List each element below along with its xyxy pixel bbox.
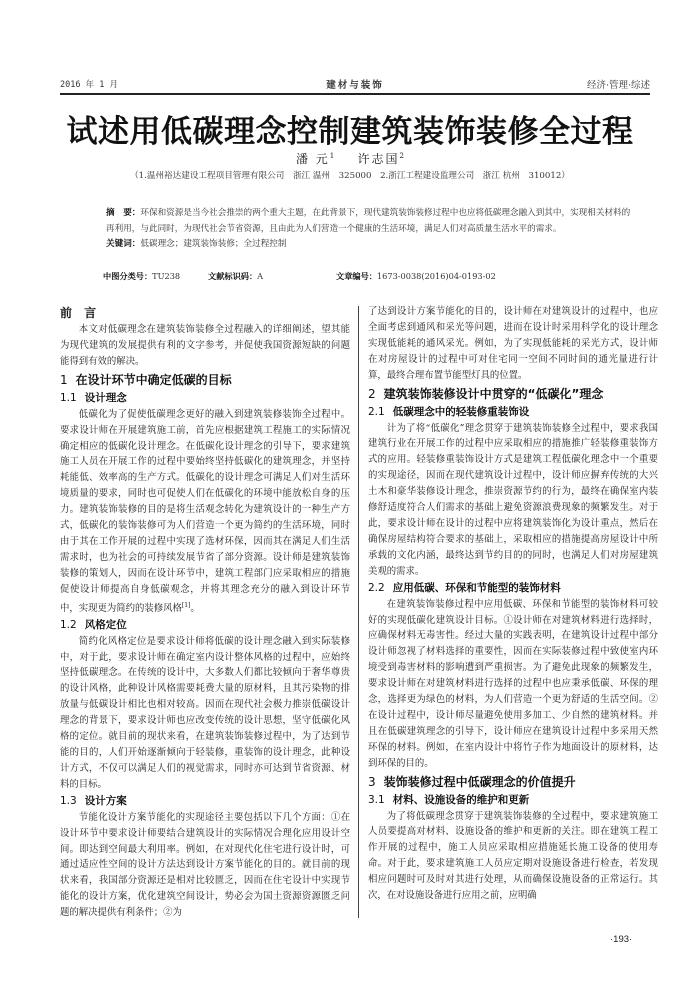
abstract-text: 环保和资源是当今社会推崇的两个重大主题，在此背景下，现代建筑装饰装修过程中也应将… bbox=[106, 208, 630, 234]
column-divider bbox=[358, 306, 359, 918]
section-1-3-continued: 了达到设计方案节能化的目的，设计师在对建筑设计的过程中，也应全面考虑到通风和采光… bbox=[368, 304, 658, 384]
section-name: 经济·管理·综述 bbox=[587, 77, 650, 91]
clc-value: TU238 bbox=[152, 271, 180, 281]
left-column: 前 言 本文对低碳理念在建筑装饰装修全过程融入的详细阐述，望其能为现代建筑的发展… bbox=[60, 304, 350, 921]
section-2-2-heading: 2.2应用低碳、环保和节能型的装饰材料 bbox=[368, 580, 658, 597]
section-1-2-heading: 1.2风格定位 bbox=[60, 617, 350, 634]
classification-row: 中图分类号：TU238 文献标识码：A 文章编号：1673-0038(2016)… bbox=[103, 271, 623, 285]
author-affil-mark: 1 bbox=[330, 152, 334, 160]
header-rule bbox=[60, 93, 650, 95]
doc-code-label: 文献标识码： bbox=[208, 271, 257, 281]
author-name: 许志国 bbox=[358, 152, 400, 166]
abstract: 摘 要：环保和资源是当今社会推崇的两个重大主题，在此背景下，现代建筑装饰装修过程… bbox=[84, 206, 634, 237]
section-1-3-heading: 1.3设计方案 bbox=[60, 793, 350, 810]
clc-label: 中图分类号： bbox=[103, 271, 152, 281]
section-2-heading: 2建筑装饰装修设计中贯穿的“低碳化”理念 bbox=[368, 385, 658, 403]
article-no-value: 1673-0038(2016)04-0193-02 bbox=[377, 271, 496, 281]
running-header: 2016 年 1 月 建材与装饰 经济·管理·综述 bbox=[60, 76, 650, 92]
affiliation: （1.温州裕达建设工程项目管理有限公司 浙江 温州 325000 2.浙江工程建… bbox=[0, 169, 700, 181]
keywords: 关键词：低碳理念；建筑装饰装修；全过程控制 bbox=[84, 237, 634, 253]
author-affil-mark: 2 bbox=[400, 152, 404, 160]
author-name: 潘 元 bbox=[296, 152, 330, 166]
article-title: 试述用低碳理念控制建筑装饰装修全过程 bbox=[0, 106, 700, 151]
keywords-text: 低碳理念；建筑装饰装修；全过程控制 bbox=[140, 239, 286, 249]
article-no-label: 文章编号： bbox=[336, 271, 377, 281]
section-2-2-text: 在建筑装饰装修过程中应用低碳、环保和节能型的装饰材料可较好的实现低碳化建筑设计目… bbox=[368, 597, 658, 772]
section-1-3-text: 节能化设计方案节能化的实现途径主要包括以下几个方面：①在设计环节中要求设计师要结… bbox=[60, 810, 350, 921]
journal-name: 建材与装饰 bbox=[60, 77, 650, 91]
page-number: ·193· bbox=[610, 934, 632, 945]
abstract-block: 摘 要：环保和资源是当今社会推崇的两个重大主题，在此背景下，现代建筑装饰装修过程… bbox=[84, 206, 634, 253]
abstract-label: 摘 要： bbox=[106, 208, 140, 218]
right-column: 了达到设计方案节能化的目的，设计师在对建筑设计的过程中，也应全面考虑到通风和采光… bbox=[368, 304, 658, 904]
doc-code-value: A bbox=[257, 271, 263, 281]
section-3-heading: 3装饰装修过程中低碳理念的价值提升 bbox=[368, 773, 658, 791]
section-2-1-heading: 2.1低碳理念中的轻装修重装饰设 bbox=[368, 404, 658, 421]
preface-text: 本文对低碳理念在建筑装饰装修全过程融入的详细阐述，望其能为现代建筑的发展提供有利… bbox=[60, 322, 350, 370]
preface-heading: 前 言 bbox=[60, 304, 350, 322]
keywords-label: 关键词： bbox=[106, 239, 140, 249]
section-1-1-text: 低碳化为了促使低碳理念更好的融入到建筑装修装饰全过程中。要求设计师在开展建筑施工… bbox=[60, 407, 350, 617]
section-1-2-text: 简约化风格定位是要求设计师将低碳的设计理念融入到实际装修中，对于此，要求设计师在… bbox=[60, 634, 350, 793]
section-1-heading: 1在设计环节中确定低碳的目标 bbox=[60, 371, 350, 389]
section-3-1-heading: 3.1材料、设施设备的维护和更新 bbox=[368, 792, 658, 809]
section-3-1-text: 为了将低碳理念贯穿于建筑装饰装修的全过程中，要求建筑施工人员要提高对材料、设施设… bbox=[368, 809, 658, 904]
section-2-1-text: 计为了将“低碳化”理念贯穿于建筑装饰装修全过程中，要求我国建筑行业在开展工作的过… bbox=[368, 421, 658, 580]
author-list: 潘 元1 许志国2 bbox=[0, 150, 700, 167]
section-1-1-heading: 1.1设计理念 bbox=[60, 390, 350, 407]
